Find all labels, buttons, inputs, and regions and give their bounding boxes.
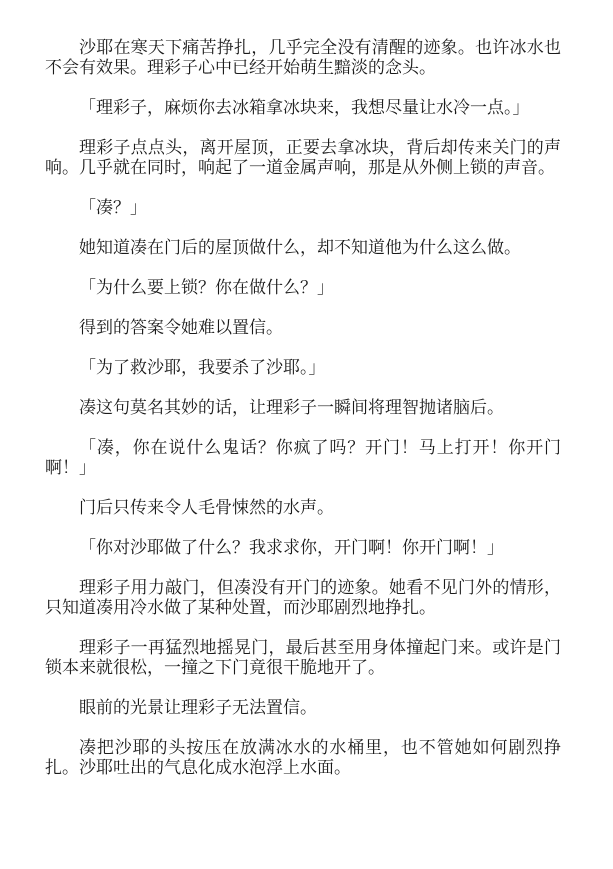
paragraph-dialogue: 「理彩子，麻烦你去冰箱拿冰块来，我想尽量让水冷一点。」: [45, 98, 561, 118]
paragraph: 沙耶在寒天下痛苦挣扎，几乎完全没有清醒的迹象。也许冰水也不会有效果。理彩子心中已…: [45, 38, 561, 78]
paragraph-dialogue: 「为什么要上锁？你在做什么？」: [45, 278, 561, 298]
paragraph-dialogue: 「凑，你在说什么鬼话？你疯了吗？开门！马上打开！你开门啊！」: [45, 438, 561, 478]
paragraph-dialogue: 「凑？」: [45, 198, 561, 218]
paragraph-dialogue: 「为了救沙耶，我要杀了沙耶。」: [45, 358, 561, 378]
paragraph: 得到的答案令她难以置信。: [45, 318, 561, 338]
paragraph: 理彩子点点头，离开屋顶，正要去拿冰块，背后却传来关门的声响。几乎就在同时，响起了…: [45, 138, 561, 178]
paragraph: 眼前的光景让理彩子无法置信。: [45, 698, 561, 718]
paragraph: 凑这句莫名其妙的话，让理彩子一瞬间将理智抛诸脑后。: [45, 398, 561, 418]
paragraph-dialogue: 「你对沙耶做了什么？我求求你，开门啊！你开门啊！」: [45, 538, 561, 558]
paragraph: 凑把沙耶的头按压在放满冰水的水桶里，也不管她如何剧烈挣扎。沙耶吐出的气息化成水泡…: [45, 738, 561, 778]
document-page: 沙耶在寒天下痛苦挣扎，几乎完全没有清醒的迹象。也许冰水也不会有效果。理彩子心中已…: [45, 38, 561, 778]
paragraph: 门后只传来令人毛骨悚然的水声。: [45, 498, 561, 518]
paragraph: 理彩子用力敲门，但凑没有开门的迹象。她看不见门外的情形，只知道凑用冷水做了某种处…: [45, 578, 561, 618]
paragraph: 理彩子一再猛烈地摇晃门，最后甚至用身体撞起门来。或许是门锁本来就很松，一撞之下门…: [45, 638, 561, 678]
paragraph: 她知道凑在门后的屋顶做什么，却不知道他为什么这么做。: [45, 238, 561, 258]
